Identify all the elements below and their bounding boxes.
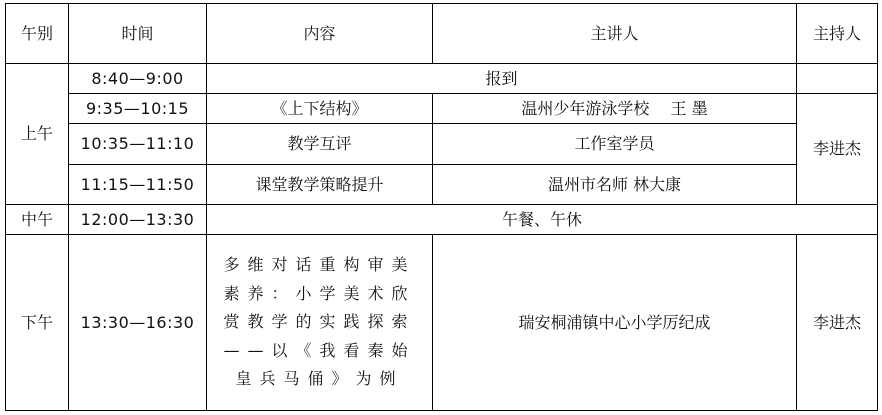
table-row: 10:35—11:10 教学互评 工作室学员 [6, 124, 878, 165]
header-content: 内容 [207, 4, 433, 64]
speaker-cell: 温州少年游泳学校 王 墨 [433, 94, 797, 124]
table-row: 11:15—11:50 课堂教学策略提升 温州市名师 林大康 [6, 165, 878, 205]
merged-cell: 午餐、午休 [207, 205, 878, 235]
header-period: 午别 [6, 4, 69, 64]
table-row: 上午 8:40—9:00 报到 [6, 64, 878, 94]
header-row: 午别 时间 内容 主讲人 主持人 [6, 4, 878, 64]
content-cell: 课堂教学策略提升 [207, 165, 433, 205]
host-cell [797, 64, 878, 94]
header-speaker: 主讲人 [433, 4, 797, 64]
time-cell: 11:15—11:50 [69, 165, 207, 205]
speaker-cell: 瑞安桐浦镇中心小学厉纪成 [433, 235, 797, 411]
table-row: 9:35—10:15 《上下结构》 温州少年游泳学校 王 墨 李进杰 [6, 94, 878, 124]
time-cell: 13:30—16:30 [69, 235, 207, 411]
speaker-cell: 工作室学员 [433, 124, 797, 165]
content-cell: 多维对话重构审美素养：小学美术欣赏教学的实践探索——以《我看秦始皇兵马俑》为例 [207, 235, 433, 411]
host-cell: 李进杰 [797, 235, 878, 411]
time-cell: 8:40—9:00 [69, 64, 207, 94]
speaker-cell: 温州市名师 林大康 [433, 165, 797, 205]
header-host: 主持人 [797, 4, 878, 64]
time-cell: 10:35—11:10 [69, 124, 207, 165]
table-row: 中午 12:00—13:30 午餐、午休 [6, 205, 878, 235]
merged-cell: 报到 [207, 64, 797, 94]
time-cell: 9:35—10:15 [69, 94, 207, 124]
period-cell: 上午 [6, 64, 69, 205]
host-cell: 李进杰 [797, 94, 878, 205]
time-cell: 12:00—13:30 [69, 205, 207, 235]
schedule-table: 午别 时间 内容 主讲人 主持人 上午 8:40—9:00 报到 9:35—10… [5, 3, 878, 411]
header-time: 时间 [69, 4, 207, 64]
period-cell: 下午 [6, 235, 69, 411]
content-cell: 教学互评 [207, 124, 433, 165]
period-cell: 中午 [6, 205, 69, 235]
content-cell: 《上下结构》 [207, 94, 433, 124]
table-row: 下午 13:30—16:30 多维对话重构审美素养：小学美术欣赏教学的实践探索—… [6, 235, 878, 411]
